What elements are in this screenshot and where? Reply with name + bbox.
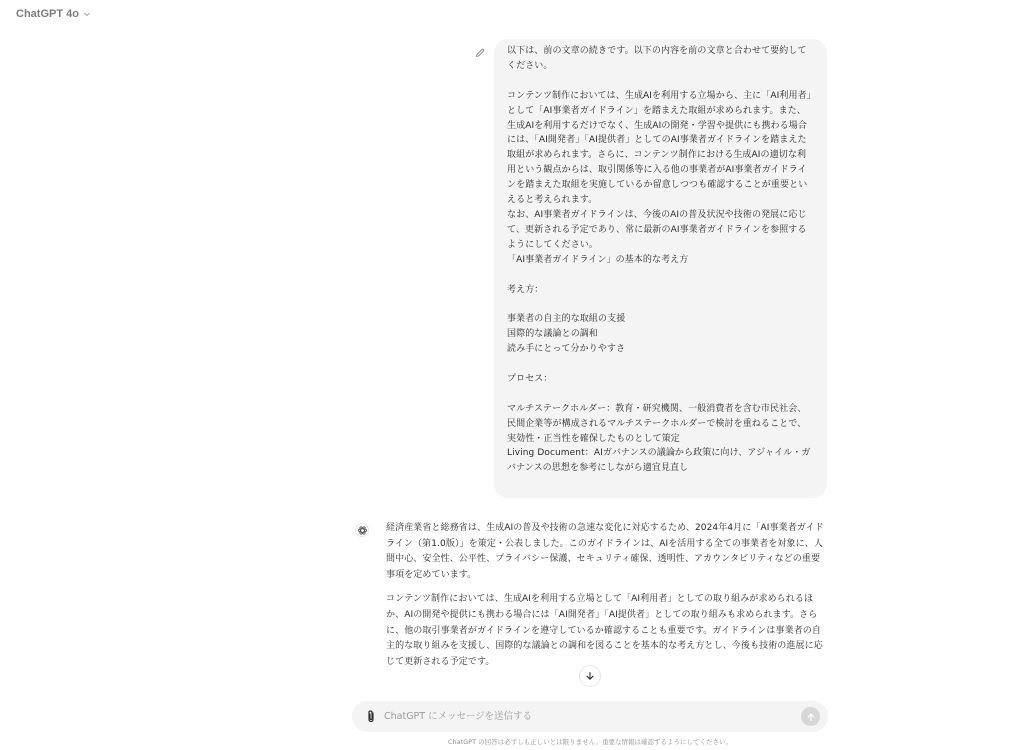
message-input[interactable] bbox=[384, 707, 784, 726]
assistant-paragraph: コンテンツ制作においては、生成AIを利用する立場として「AI利用者」としての取り… bbox=[386, 592, 828, 670]
model-selector[interactable]: ChatGPT 4o bbox=[16, 8, 91, 20]
assistant-message-body: 経済産業省と総務省は、生成AIの普及や技術の急速な変化に対応するため、2024年… bbox=[386, 521, 828, 679]
model-name: ChatGPT 4o bbox=[16, 8, 79, 20]
top-bar: ChatGPT 4o bbox=[0, 0, 1024, 30]
arrow-down-icon bbox=[585, 671, 595, 681]
user-message-bubble: 以下は、前の文章の続きです。以下の内容を前の文章と合わせて要約してください。 コ… bbox=[494, 39, 827, 498]
scroll-to-bottom-button[interactable] bbox=[579, 665, 601, 687]
pencil-icon[interactable] bbox=[474, 47, 486, 59]
user-message-text: 以下は、前の文章の続きです。以下の内容を前の文章と合わせて要約してください。 コ… bbox=[507, 44, 815, 476]
assistant-paragraph: 経済産業省と総務省は、生成AIの普及や技術の急速な変化に対応するため、2024年… bbox=[386, 521, 828, 583]
send-button[interactable] bbox=[801, 707, 820, 726]
arrow-up-icon bbox=[806, 712, 816, 722]
paperclip-icon[interactable] bbox=[364, 709, 378, 724]
disclaimer-text: ChatGPT の回答は必ずしも正しいとは限りません。重要な情報は確認するように… bbox=[352, 737, 828, 746]
openai-logo-icon bbox=[355, 523, 369, 537]
message-composer bbox=[352, 701, 828, 732]
chevron-down-icon bbox=[83, 10, 91, 18]
